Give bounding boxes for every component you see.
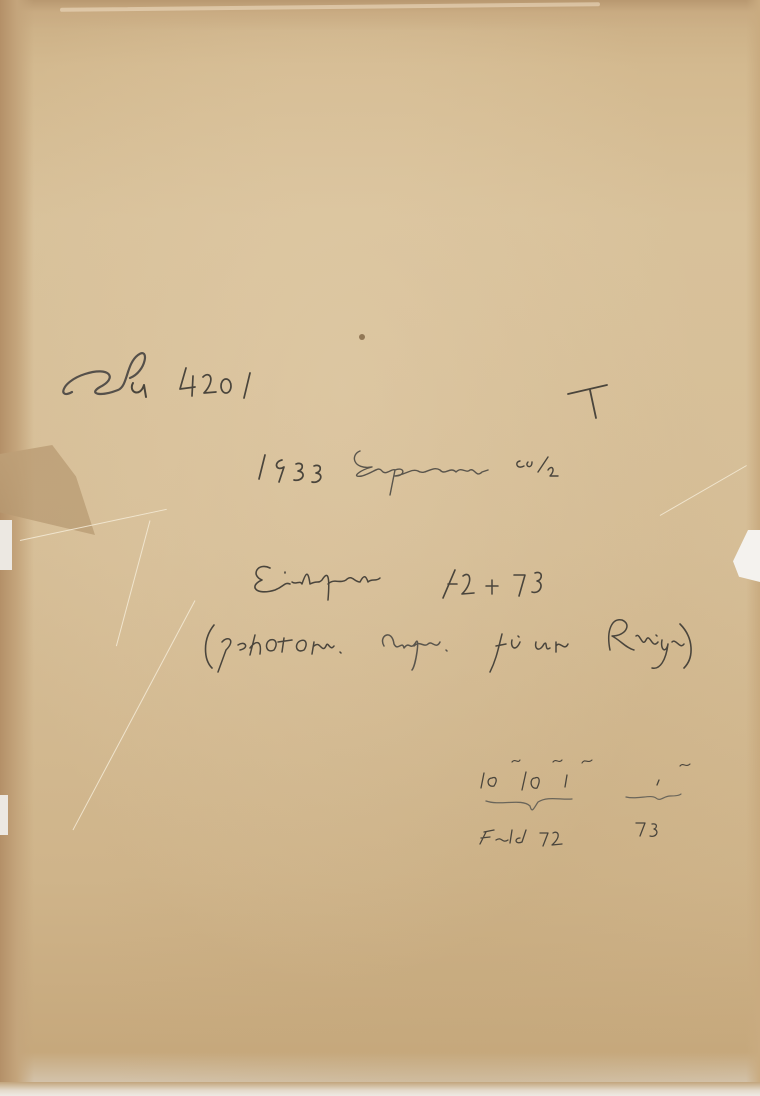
handwriting-strokes (0, 0, 760, 1096)
